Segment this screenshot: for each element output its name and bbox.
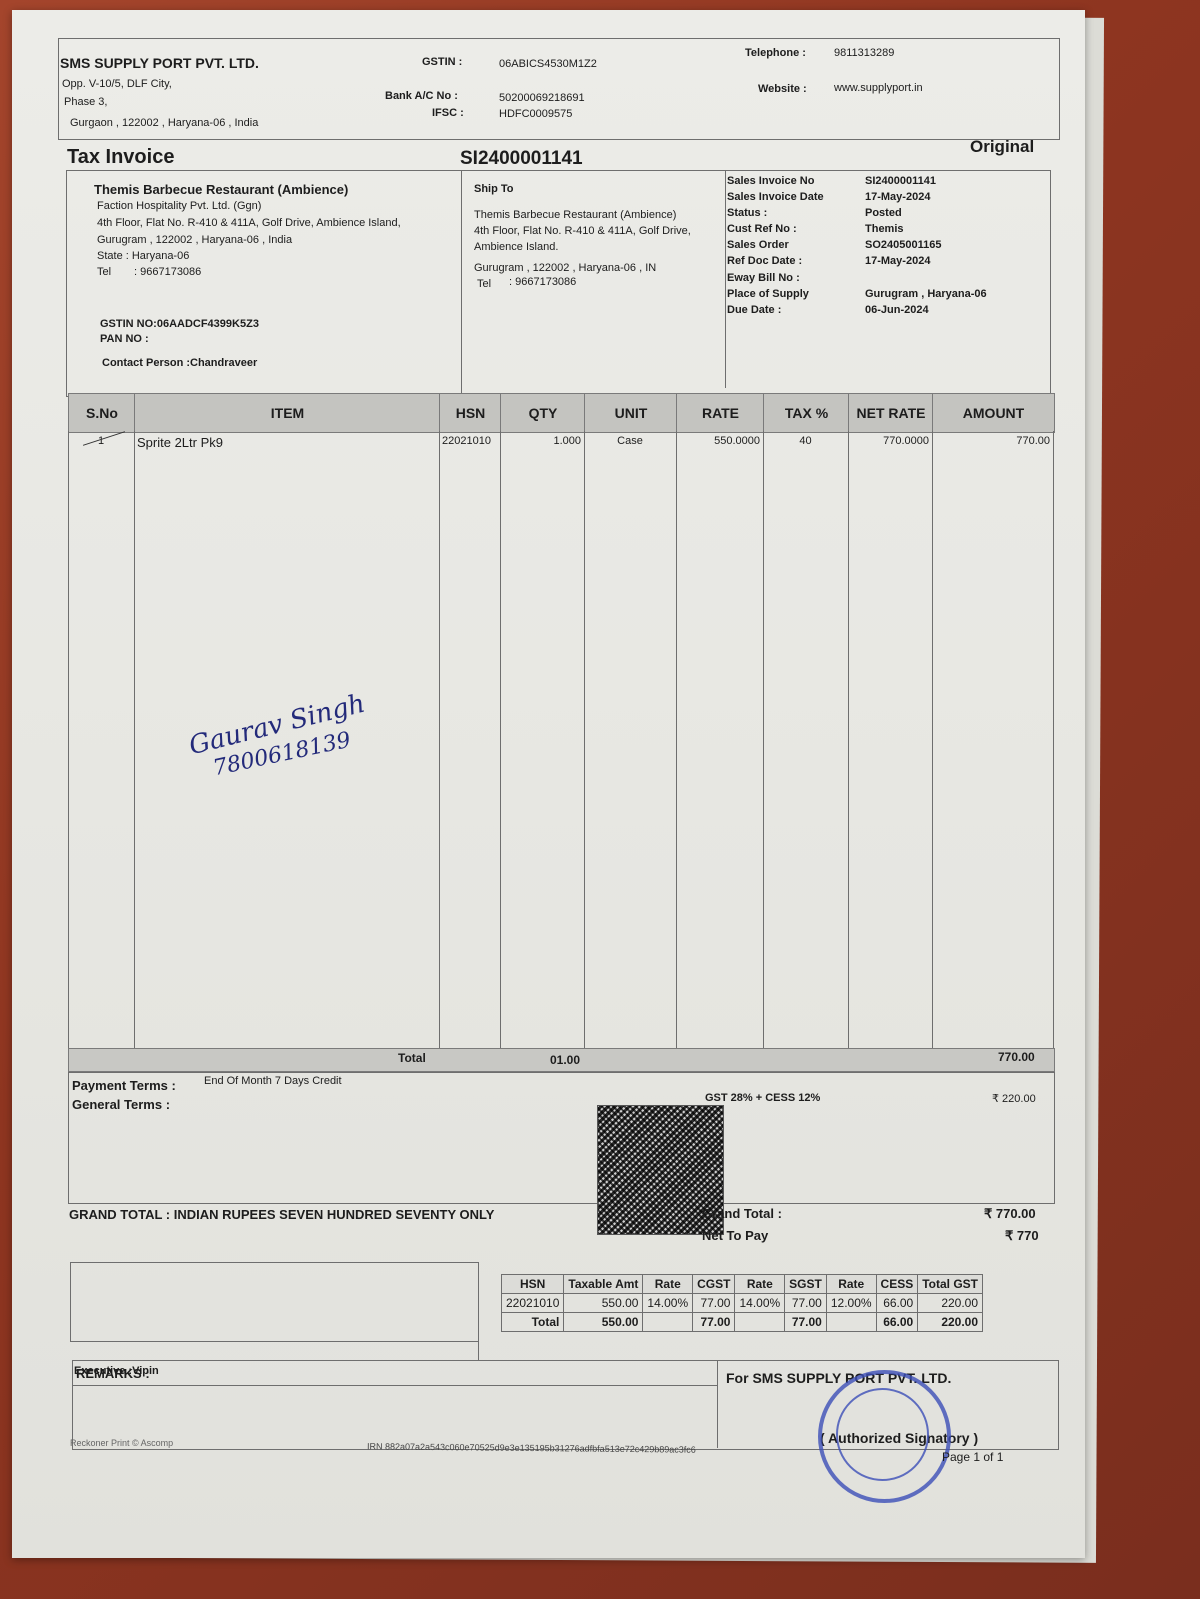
gst-cell: 220.00 (918, 1294, 983, 1313)
item-cell-rate: 550.0000 (679, 435, 760, 447)
divider (461, 170, 462, 395)
column-divider (500, 431, 501, 1048)
telephone-label: Telephone : (745, 47, 806, 59)
gst-cell: 14.00% (643, 1294, 693, 1313)
gst-total-cell (643, 1313, 693, 1332)
gst-cell: 22021010 (502, 1294, 564, 1313)
gst-column-header: Total GST (918, 1275, 983, 1294)
divider (72, 1385, 717, 1386)
gst-cell: 77.00 (785, 1294, 827, 1313)
copy-type: Original (970, 137, 1034, 157)
meta-label: Eway Bill No : (727, 272, 800, 284)
column-header: UNIT (584, 393, 678, 433)
tax-summary-value: ₹ 220.00 (992, 1092, 1036, 1105)
bill-to-tel: : 9667173086 (134, 266, 201, 278)
divider (478, 1320, 479, 1360)
item-cell-item: Sprite 2Ltr Pk9 (137, 435, 436, 450)
gst-column-header: Rate (643, 1275, 693, 1294)
gst-total-cell: 66.00 (876, 1313, 918, 1332)
gst-total-cell: 77.00 (693, 1313, 735, 1332)
gst-cell: 66.00 (876, 1294, 918, 1313)
stamp-inner-ring (836, 1388, 929, 1481)
grand-total-words: GRAND TOTAL : INDIAN RUPEES SEVEN HUNDRE… (69, 1207, 494, 1222)
meta-label: Place of Supply (727, 288, 809, 300)
gst-breakdown-table: HSNTaxable AmtRateCGSTRateSGSTRateCESSTo… (501, 1274, 983, 1332)
item-cell-tax: 40 (766, 435, 845, 447)
item-cell-net_rate: 770.0000 (851, 435, 929, 447)
gst-column-header: Rate (735, 1275, 785, 1294)
payment-terms-label: Payment Terms : (72, 1078, 176, 1093)
gst-cell: 550.00 (564, 1294, 643, 1313)
meta-label: Status : (727, 207, 767, 219)
invoice-number-heading: SI2400001141 (460, 148, 583, 170)
ifsc-label: IFSC : (432, 107, 464, 119)
grand-total-value: ₹ 770.00 (984, 1206, 1036, 1222)
ship-to-name: Themis Barbecue Restaurant (Ambience) (474, 209, 676, 221)
gst-total-cell: 220.00 (918, 1313, 983, 1332)
meta-label: Ref Doc Date : (727, 255, 802, 267)
gst-column-header: SGST (785, 1275, 827, 1294)
ifsc-code: HDFC0009575 (499, 108, 572, 120)
blank-box (70, 1262, 479, 1342)
bill-to-address-1: 4th Floor, Flat No. R-410 & 411A, Golf D… (97, 217, 401, 229)
gst-column-header: CGST (693, 1275, 735, 1294)
meta-value: 06-Jun-2024 (865, 304, 929, 316)
software-credit: Reckoner Print © Ascomp (70, 1438, 173, 1448)
terms-box (68, 1072, 1055, 1204)
gstin-label: GSTIN : (422, 56, 462, 68)
column-divider (676, 431, 677, 1048)
grand-total-label: Grand Total : (702, 1206, 782, 1221)
document-title: Tax Invoice (67, 146, 174, 169)
gst-column-header: Taxable Amt (564, 1275, 643, 1294)
meta-value: 17-May-2024 (865, 191, 930, 203)
gst-total-cell: 550.00 (564, 1313, 643, 1332)
bank-label: Bank A/C No : (385, 90, 458, 102)
meta-value: Gurugram , Haryana-06 (865, 288, 987, 300)
total-qty: 01.00 (550, 1053, 580, 1067)
company-stamp (818, 1370, 951, 1503)
seller-address-2: Phase 3, (64, 96, 107, 108)
bill-to-company: Faction Hospitality Pvt. Ltd. (Ggn) (97, 200, 261, 212)
seller-address-1: Opp. V-10/5, DLF City, (62, 78, 172, 90)
gst-total-cell: Total (502, 1313, 564, 1332)
remarks-label: REMARKS : (76, 1366, 150, 1381)
column-divider (763, 431, 764, 1048)
item-cell-hsn: 22021010 (442, 435, 497, 447)
ship-to-tel-label: Tel (477, 278, 491, 290)
ship-to-address-3: Gurugram , 122002 , Haryana-06 , IN (474, 262, 656, 274)
column-divider (584, 431, 585, 1048)
meta-value: Posted (865, 207, 902, 219)
gst-cell: 77.00 (693, 1294, 735, 1313)
meta-value: SI2400001141 (865, 175, 936, 187)
item-cell-qty: 1.000 (503, 435, 581, 447)
column-divider (932, 431, 933, 1048)
column-header: S.No (68, 393, 136, 433)
column-header: AMOUNT (932, 393, 1055, 433)
meta-label: Cust Ref No : (727, 223, 797, 235)
bill-to-state: State : Haryana-06 (97, 250, 189, 262)
bill-to-name: Themis Barbecue Restaurant (Ambience) (94, 182, 348, 197)
net-to-pay-value: ₹ 770 (1005, 1228, 1039, 1244)
ship-to-tel: : 9667173086 (509, 276, 576, 288)
gst-cell: 14.00% (735, 1294, 785, 1313)
meta-value: 17-May-2024 (865, 255, 930, 267)
column-header: HSN (439, 393, 502, 433)
meta-label: Due Date : (727, 304, 781, 316)
seller-address-3: Gurgaon , 122002 , Haryana-06 , India (70, 117, 258, 129)
invoice-sheet: SMS SUPPLY PORT PVT. LTD. Opp. V-10/5, D… (12, 10, 1085, 1558)
ship-to-address-1: 4th Floor, Flat No. R-410 & 411A, Golf D… (474, 225, 691, 237)
divider (725, 170, 726, 388)
meta-label: Sales Order (727, 239, 789, 251)
meta-label: Sales Invoice No (727, 175, 814, 187)
gst-row: 22021010550.0014.00%77.0014.00%77.0012.0… (502, 1294, 983, 1313)
contact-person: Contact Person :Chandraveer (102, 357, 257, 369)
seller-name: SMS SUPPLY PORT PVT. LTD. (60, 55, 259, 71)
column-divider (1053, 431, 1054, 1048)
column-header: RATE (676, 393, 765, 433)
bank-account: 50200069218691 (499, 92, 585, 104)
total-amount: 770.00 (998, 1050, 1035, 1064)
website-label: Website : (758, 83, 807, 95)
bill-to-gstin: GSTIN NO:06AADCF4399K5Z3 (100, 318, 259, 330)
irn-number: IRN 882a07a2a543c060e70525d9e3e135195b31… (367, 1441, 696, 1454)
meta-value: Themis (865, 223, 904, 235)
ship-to-address-2: Ambience Island. (474, 241, 558, 253)
column-divider (134, 431, 135, 1048)
page-number: Page 1 of 1 (942, 1450, 1003, 1464)
seller-gstin: 06ABICS4530M1Z2 (499, 58, 597, 70)
column-divider (848, 431, 849, 1048)
bill-to-address-2: Gurugram , 122002 , Haryana-06 , India (97, 234, 292, 246)
column-header: ITEM (134, 393, 441, 433)
column-header: TAX % (763, 393, 850, 433)
ship-to-label: Ship To (474, 183, 514, 195)
item-cell-unit: Case (587, 435, 673, 447)
gst-column-header: HSN (502, 1275, 564, 1294)
gst-total-cell: 77.00 (785, 1313, 827, 1332)
divider (717, 1360, 718, 1448)
gst-total-cell (826, 1313, 876, 1332)
bill-to-pan: PAN NO : (100, 333, 149, 345)
gst-column-header: CESS (876, 1275, 918, 1294)
column-header: QTY (500, 393, 586, 433)
payment-terms-value: End Of Month 7 Days Credit (204, 1075, 342, 1087)
item-cell-amount: 770.00 (935, 435, 1050, 447)
column-divider (68, 431, 69, 1048)
website: www.supplyport.in (834, 82, 923, 94)
total-label: Total (398, 1051, 426, 1065)
gst-total-cell (735, 1313, 785, 1332)
bill-to-tel-label: Tel (97, 266, 111, 278)
meta-label: Sales Invoice Date (727, 191, 824, 203)
meta-value: SO2405001165 (865, 239, 941, 251)
gst-cell: 12.00% (826, 1294, 876, 1313)
item-cell-sno: 1 (71, 435, 131, 447)
column-header: NET RATE (848, 393, 934, 433)
net-to-pay-label: Net To Pay (702, 1228, 768, 1243)
general-terms-label: General Terms : (72, 1097, 170, 1112)
tax-summary-label: GST 28% + CESS 12% (705, 1092, 820, 1104)
column-divider (439, 431, 440, 1048)
telephone: 9811313289 (834, 47, 894, 59)
gst-total-row: Total550.0077.0077.0066.00220.00 (502, 1313, 983, 1332)
gst-column-header: Rate (826, 1275, 876, 1294)
